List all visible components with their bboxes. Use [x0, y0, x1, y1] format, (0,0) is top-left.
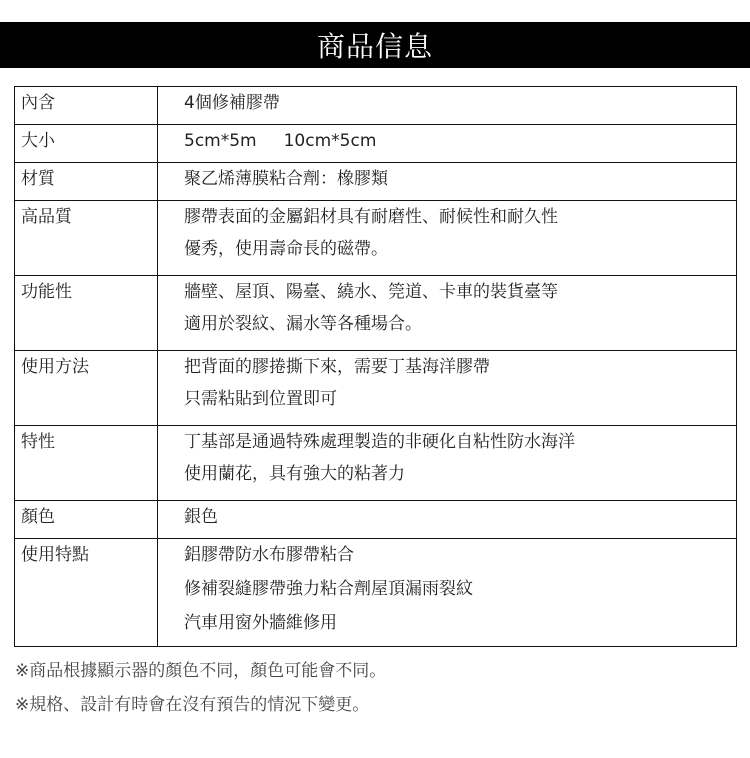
row-value: 5cm*5m 10cm*5cm [158, 125, 737, 163]
row-label: 內含 [15, 87, 158, 125]
row-label: 使用特點 [15, 539, 158, 647]
disclaimer-notes: ※商品根據顯示器的顏色不同，顏色可能會不同。 ※規格、設計有時會在沒有預告的情況… [15, 656, 386, 724]
table-row: 特性 丁基部是通過特殊處理製造的非硬化自粘性防水海洋 使用蘭花，具有強大的粘著力 [15, 426, 737, 501]
row-value: 牆壁、屋頂、陽臺、繞水、筦道、卡車的裝貨臺等 適用於裂紋、漏水等各種場合。 [158, 276, 737, 351]
value-line: 只需粘貼到位置即可 [184, 389, 736, 409]
row-label: 材質 [15, 163, 158, 201]
value-line: 牆壁、屋頂、陽臺、繞水、筦道、卡車的裝貨臺等 [184, 282, 736, 302]
note-color: ※商品根據顯示器的顏色不同，顏色可能會不同。 [15, 656, 386, 690]
value-line: 使用蘭花，具有強大的粘著力 [184, 464, 736, 484]
value-line: 適用於裂紋、漏水等各種場合。 [184, 314, 736, 334]
table-row: 功能性 牆壁、屋頂、陽臺、繞水、筦道、卡車的裝貨臺等 適用於裂紋、漏水等各種場合… [15, 276, 737, 351]
value-line: 優秀，使用壽命長的磁帶。 [184, 239, 736, 259]
table-row: 使用方法 把背面的膠捲撕下來，需要丁基海洋膠帶 只需粘貼到位置即可 [15, 351, 737, 426]
value-line: 5cm*5m 10cm*5cm [184, 131, 736, 151]
section-header: 商品信息 [0, 22, 750, 68]
table-row: 使用特點 鋁膠帶防水布膠帶粘合 修補裂縫膠帶強力粘合劑屋頂漏雨裂紋 汽車用窗外牆… [15, 539, 737, 647]
row-label: 顏色 [15, 501, 158, 539]
section-title: 商品信息 [317, 25, 433, 65]
row-value: 膠帶表面的金屬鋁材具有耐磨性、耐候性和耐久性 優秀，使用壽命長的磁帶。 [158, 201, 737, 276]
row-value: 銀色 [158, 501, 737, 539]
row-value: 丁基部是通過特殊處理製造的非硬化自粘性防水海洋 使用蘭花，具有強大的粘著力 [158, 426, 737, 501]
table-row: 材質 聚乙烯薄膜粘合劑：橡膠類 [15, 163, 737, 201]
table-row: 大小 5cm*5m 10cm*5cm [15, 125, 737, 163]
value-line: 修補裂縫膠帶強力粘合劑屋頂漏雨裂紋 [184, 579, 736, 599]
value-line: 銀色 [184, 507, 736, 527]
table-row: 高品質 膠帶表面的金屬鋁材具有耐磨性、耐候性和耐久性 優秀，使用壽命長的磁帶。 [15, 201, 737, 276]
value-line: 把背面的膠捲撕下來，需要丁基海洋膠帶 [184, 357, 736, 377]
row-label: 高品質 [15, 201, 158, 276]
row-value: 4個修補膠帶 [158, 87, 737, 125]
note-spec-change: ※規格、設計有時會在沒有預告的情況下變更。 [15, 690, 386, 724]
value-line: 汽車用窗外牆維修用 [184, 613, 736, 633]
value-line: 鋁膠帶防水布膠帶粘合 [184, 545, 736, 565]
spec-table: 內含 4個修補膠帶 大小 5cm*5m 10cm*5cm 材質 聚乙烯薄膜粘合劑… [14, 86, 737, 647]
value-line: 膠帶表面的金屬鋁材具有耐磨性、耐候性和耐久性 [184, 207, 736, 227]
table-row: 內含 4個修補膠帶 [15, 87, 737, 125]
table-row: 顏色 銀色 [15, 501, 737, 539]
row-label: 使用方法 [15, 351, 158, 426]
row-value: 把背面的膠捲撕下來，需要丁基海洋膠帶 只需粘貼到位置即可 [158, 351, 737, 426]
value-line: 聚乙烯薄膜粘合劑：橡膠類 [184, 169, 736, 189]
row-label: 特性 [15, 426, 158, 501]
row-label: 大小 [15, 125, 158, 163]
row-label: 功能性 [15, 276, 158, 351]
value-line: 4個修補膠帶 [184, 93, 736, 113]
row-value: 鋁膠帶防水布膠帶粘合 修補裂縫膠帶強力粘合劑屋頂漏雨裂紋 汽車用窗外牆維修用 [158, 539, 737, 647]
row-value: 聚乙烯薄膜粘合劑：橡膠類 [158, 163, 737, 201]
value-line: 丁基部是通過特殊處理製造的非硬化自粘性防水海洋 [184, 432, 736, 452]
